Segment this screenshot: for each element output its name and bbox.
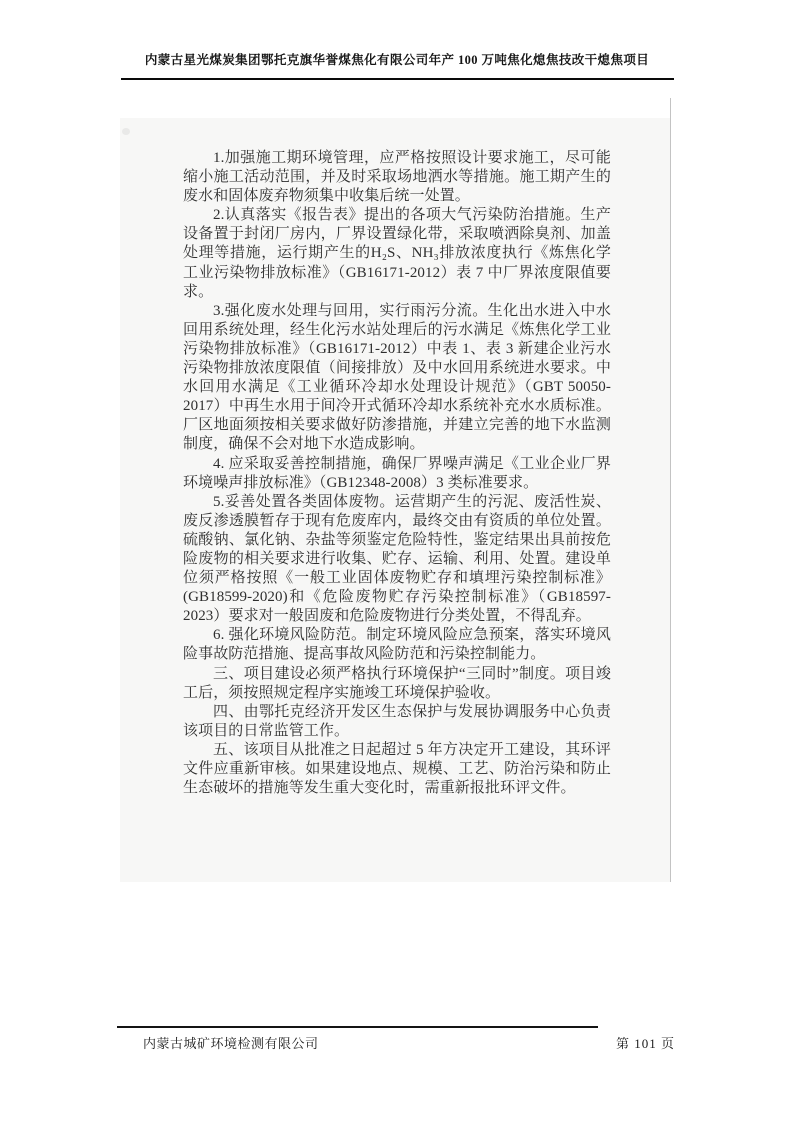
footer-page-number: 第 101 页 — [616, 1033, 675, 1052]
header-divider-line — [121, 78, 674, 80]
footer-company-name: 内蒙古城矿环境检测有限公司 — [143, 1033, 319, 1052]
paragraph: 2.认真落实《报告表》提出的各项大气污染防治措施。生产设备置于封闭厂房内，厂界设… — [183, 206, 611, 301]
paragraph: 1.加强施工期环境管理，应严格按照设计要求施工，尽可能缩小施工活动范围，并及时采… — [183, 149, 611, 206]
paragraph: 3.强化废水处理与回用，实行雨污分流。生化出水进入中水回用系统处理，经生化污水站… — [183, 302, 611, 455]
paragraph: 5.妥善处置各类固体废物。运营期产生的污泥、废活性炭、废反渗透膜暂存于现有危废库… — [183, 493, 611, 627]
scan-smudge-mark — [122, 128, 130, 135]
paragraph: 6. 强化环境风险防范。制定环境风险应急预案，落实环境风险事故防范措施、提高事故… — [183, 626, 611, 664]
paragraph: 五、该项目从批准之日起超过 5 年方决定开工建设，其环评文件应重新审核。如果建设… — [183, 741, 611, 798]
footer-divider-line — [117, 1026, 598, 1028]
scan-edge-line — [670, 98, 671, 882]
paragraph: 三、项目建设必须严格执行环境保护“三同时”制度。项目竣工后，须按照规定程序实施竣… — [183, 665, 611, 703]
paragraph: 四、由鄂托克经济开发区生态保护与发展协调服务中心负责该项目的日常监管工作。 — [183, 703, 611, 741]
document-page: 内蒙古星光煤炭集团鄂托克旗华誉煤焦化有限公司年产 100 万吨焦化熄焦技改干熄焦… — [0, 0, 794, 1123]
paragraph: 4. 应采取妥善控制措施，确保厂界噪声满足《工业企业厂界环境噪声排放标准》（GB… — [183, 455, 611, 493]
document-body: 1.加强施工期环境管理，应严格按照设计要求施工，尽可能缩小施工活动范围，并及时采… — [183, 149, 611, 798]
page-header-title: 内蒙古星光煤炭集团鄂托克旗华誉煤焦化有限公司年产 100 万吨焦化熄焦技改干熄焦… — [60, 50, 734, 68]
